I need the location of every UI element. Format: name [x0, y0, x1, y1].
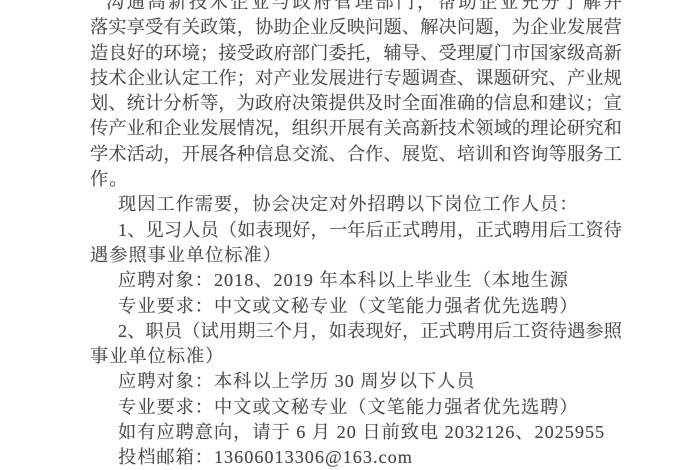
text-block: 沟通高新技术企业与政府管理部门，帮助企业充分了解并落实享受有关政策，协助企业反映… — [90, 0, 622, 470]
text-line: 应聘对象：2018、2019 年本科以上毕业生（本地生源 — [90, 268, 622, 293]
text-line: 遇参照事业单位标准） — [90, 243, 622, 268]
text-line: 投档邮箱：13606013306@163.com — [90, 445, 622, 470]
text-line: 专业要求：中文或文秘专业（文笔能力强者优先选聘） — [90, 395, 622, 420]
text-line: 专业要求：中文或文秘专业（文笔能力强者优先选聘） — [90, 294, 622, 319]
text-line: 学术活动，开展各种信息交流、合作、展览、培训和咨询等服务工 — [90, 142, 622, 167]
text-line: 划、统计分析等，为政府决策提供及时全面准确的信息和建议；宣 — [90, 91, 622, 116]
text-line: 沟通高新技术企业与政府管理部门，帮助企业充分了解并 — [90, 0, 622, 15]
text-line: 造良好的环境；接受政府部门委托，辅导、受理厦门市国家级高新 — [90, 41, 622, 66]
text-line: 应聘对象：本科以上学历 30 周岁以下人员 — [90, 369, 622, 394]
text-line: 2、职员（试用期三个月，如表现好，正式聘用后工资待遇参照 — [90, 319, 622, 344]
text-line: 作。 — [90, 167, 622, 192]
text-line: 1、见习人员（如表现好，一年后正式聘用，正式聘用后工资待 — [90, 218, 622, 243]
text-line: 现因工作需要，协会决定对外招聘以下岗位工作人员： — [90, 192, 622, 217]
document-page: 沟通高新技术企业与政府管理部门，帮助企业充分了解并落实享受有关政策，协助企业反映… — [0, 0, 700, 470]
text-line: 事业单位标准） — [90, 344, 622, 369]
text-line: 落实享受有关政策，协助企业反映问题、解决问题，为企业发展营 — [90, 15, 622, 40]
text-line: 如有应聘意向，请于 6 月 20 日前致电 2032126、2025955 — [90, 420, 622, 445]
text-line: 传产业和企业发展情况，组织开展有关高新技术领域的理论研究和 — [90, 116, 622, 141]
text-line: 技术企业认定工作；对产业发展进行专题调查、课题研究、产业规 — [90, 66, 622, 91]
